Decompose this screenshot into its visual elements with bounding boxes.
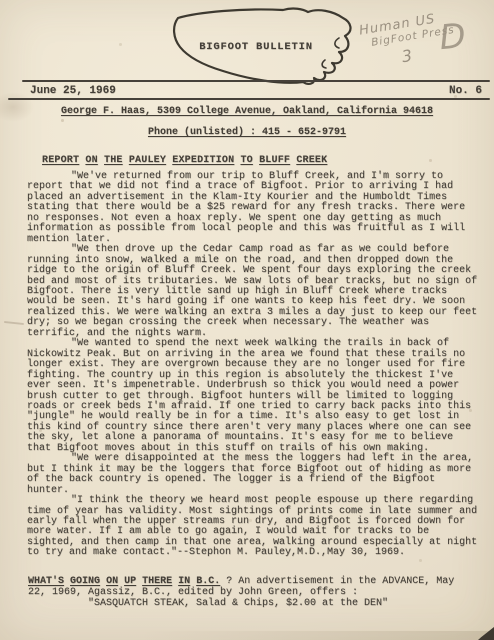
masthead-top-rule (22, 80, 490, 82)
pencil-dash-mark (4, 321, 24, 325)
paper-speckles (0, 0, 1, 1)
article-paragraph-4: "We were disappointed at the mess the lo… (27, 454, 482, 496)
news-brief: WHAT'S GOING ON UP THERE IN B.C. ? An ad… (28, 576, 472, 610)
scan-shadow-band (140, 631, 494, 640)
handwritten-note-line3: 3 (400, 46, 413, 66)
publisher-phone: Phone (unlisted) : 415 - 652-9791 (0, 127, 494, 138)
article-heading: REPORT ON THE PAULEY EXPEDITION TO BLUFF… (42, 155, 327, 166)
page-title: BIGFOOT BULLETIN (151, 41, 361, 53)
article-paragraph-5: "I think the theory we heard most people… (27, 496, 482, 559)
article-paragraph-3: "We wanted to spend the next week walkin… (27, 339, 482, 454)
handwritten-note: Human US BigFoot Press 3 D (347, 0, 494, 89)
handwritten-letter-mark: D (438, 16, 468, 58)
article-paragraph-1: "We've returned from our trip to Bluff C… (27, 172, 482, 245)
newsletter-page: BIGFOOT BULLETIN Human US BigFoot Press … (0, 0, 494, 640)
publisher-address: George F. Haas, 5309 College Avenue, Oak… (0, 106, 494, 117)
article-paragraph-2: "We then drove up the Cedar Camp road as… (27, 245, 482, 339)
article-body: "We've returned from our trip to Bluff C… (27, 172, 482, 559)
masthead-bottom-rule (8, 98, 490, 100)
issue-number: No. 6 (449, 85, 482, 97)
issue-date: June 25, 1969 (30, 85, 116, 97)
news-brief-heading: WHAT'S GOING ON UP THERE IN B.C. (28, 576, 220, 587)
news-brief-quote: "SASQUATCH STEAK, Salad & Chips, $2.00 a… (88, 598, 472, 609)
